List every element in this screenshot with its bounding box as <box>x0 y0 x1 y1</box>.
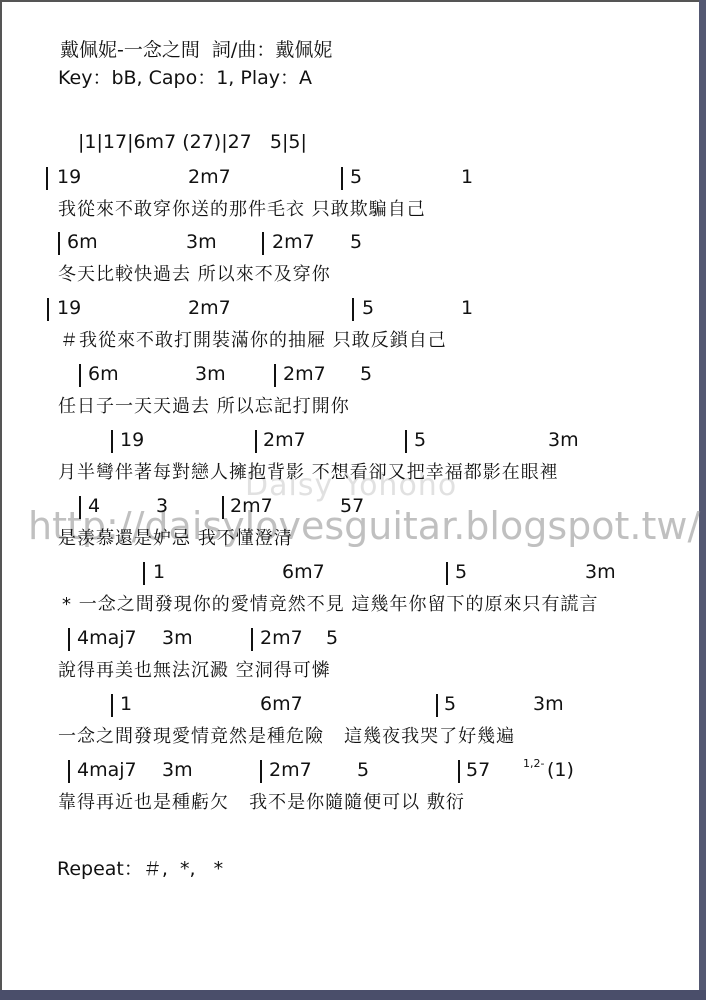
repeat-instruction: Repeat：＃, *, * <box>57 860 223 879</box>
lyric-line: 是羡慕還是妒忌 我不懂澄清 <box>58 530 293 548</box>
chord: 3 <box>156 497 168 516</box>
chord: 5 <box>360 365 372 384</box>
chord: 2m7 <box>269 761 312 780</box>
bar-line <box>111 694 113 717</box>
chord: 19 <box>57 299 81 318</box>
chord: 6m <box>67 233 98 252</box>
chord: 3m <box>186 233 217 252</box>
chord: 6m7 <box>260 695 303 714</box>
ending-superscript: 1,2- <box>523 758 544 769</box>
ending-chord: (1) <box>547 761 574 780</box>
chord: 4maj7 <box>77 629 137 648</box>
chord: 5 <box>357 761 369 780</box>
bar-line <box>46 167 48 190</box>
lyric-line: 靠得再近也是種虧欠 我不是你隨隨便可以 敷衍 <box>58 794 465 812</box>
bar-line <box>143 562 145 585</box>
bar-line <box>68 760 70 783</box>
bar-line <box>68 628 70 651</box>
chord: 2m7 <box>188 299 231 318</box>
chord: 5 <box>326 629 338 648</box>
bar-line <box>58 232 60 255</box>
lyric-line: 月半彎伴著每對戀人擁抱背影 不想看卻又把幸福都影在眼裡 <box>58 464 559 482</box>
chord: 3m <box>162 629 193 648</box>
chord: 4maj7 <box>77 761 137 780</box>
bar-line <box>260 760 262 783</box>
chord: 2m7 <box>230 497 273 516</box>
bar-line <box>352 298 354 321</box>
chord: 2m7 <box>283 365 326 384</box>
chord: 3m <box>162 761 193 780</box>
chord: 2m7 <box>272 233 315 252</box>
chord: 1 <box>120 695 132 714</box>
chord: 2m7 <box>260 629 303 648</box>
lyric-line: 一念之間發現愛情竟然是種危險 這幾夜我哭了好幾遍 <box>58 728 515 746</box>
bar-line <box>446 562 448 585</box>
bar-line <box>458 760 460 783</box>
bar-line <box>47 298 49 321</box>
chord: 19 <box>120 431 144 450</box>
bar-line <box>436 694 438 717</box>
page-shadow-right <box>699 0 706 1000</box>
chord: 57 <box>340 497 364 516</box>
chord: 3m <box>548 431 579 450</box>
chord: 2m7 <box>188 168 231 187</box>
chord: 5 <box>362 299 374 318</box>
song-key-info: Key：bB, Capo：1, Play：A <box>58 69 312 88</box>
lyric-line: 說得再美也無法沉澱 空洞得可憐 <box>58 662 331 680</box>
bar-line <box>111 430 113 453</box>
chord: 19 <box>57 168 81 187</box>
chord: 3m <box>195 365 226 384</box>
chord: 6m <box>88 365 119 384</box>
chord: 3m <box>533 695 564 714</box>
bar-line <box>341 167 343 190</box>
intro-chords: |1|17|6m7 (27)|27 5|5| <box>78 133 307 152</box>
bar-line <box>274 364 276 387</box>
bar-line <box>251 628 253 651</box>
chord: 1 <box>461 168 473 187</box>
bar-line <box>222 496 224 519</box>
chord: 5 <box>350 233 362 252</box>
chord: 5 <box>414 431 426 450</box>
chord: 57 <box>466 761 490 780</box>
bar-line <box>255 430 257 453</box>
chord: 1 <box>461 299 473 318</box>
chord: 6m7 <box>282 563 325 582</box>
bar-line <box>79 496 81 519</box>
bar-line <box>262 232 264 255</box>
bar-line <box>405 430 407 453</box>
song-title: 戴佩妮-一念之間 詞/曲：戴佩妮 <box>60 41 332 60</box>
lyric-line: 我從來不敢穿你送的那件毛衣 只敢欺騙自己 <box>58 201 426 219</box>
lyric-line: 冬天比較快過去 所以來不及穿你 <box>58 266 331 284</box>
chord: 2m7 <box>263 431 306 450</box>
lyric-line: 任日子一天天過去 所以忘記打開你 <box>58 398 350 416</box>
chord: 4 <box>88 497 100 516</box>
lyric-line: ＃我從來不敢打開裝滿你的抽屜 只敢反鎖自己 <box>60 332 447 350</box>
page-shadow-bottom <box>0 990 706 1000</box>
chord: 3m <box>585 563 616 582</box>
chord: 5 <box>444 695 456 714</box>
bar-line <box>79 364 81 387</box>
chord: 5 <box>350 168 362 187</box>
lyric-line: * 一念之間發現你的愛情竟然不見 這幾年你留下的原來只有謊言 <box>62 596 598 614</box>
chord: 1 <box>153 563 165 582</box>
chord: 5 <box>455 563 467 582</box>
